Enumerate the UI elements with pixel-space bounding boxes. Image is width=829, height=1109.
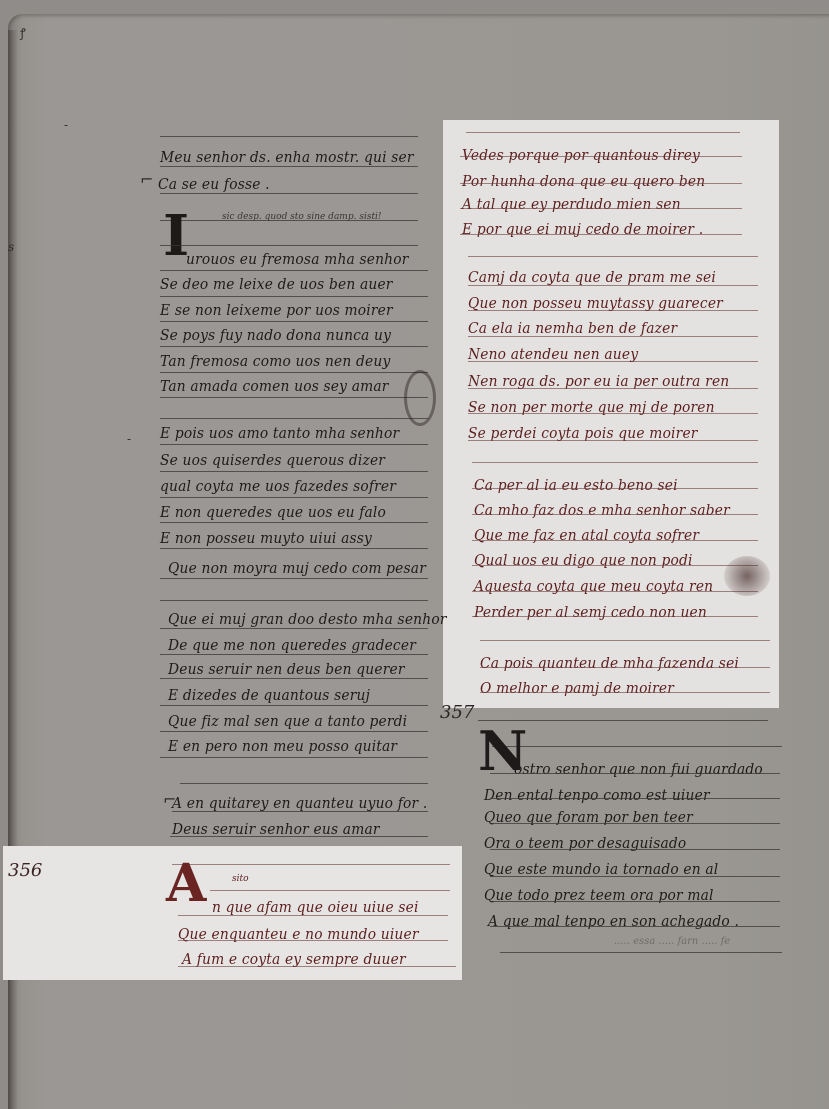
text-line: Que ei muj gran doo desto mha senhor <box>168 610 447 628</box>
text-line: Se uos quiserdes querous dizer <box>160 451 385 469</box>
margin-mark-top-left: ꝭ <box>20 24 26 41</box>
text-line: Ca se eu fosse . <box>158 175 270 193</box>
text-line: De que me non queredes gradecer <box>168 636 416 654</box>
margin-dot: - <box>64 118 68 132</box>
text-line: n que afam que oieu uiue sei <box>212 898 419 916</box>
text-line: Ca per al ia eu esto beno sei <box>474 476 678 494</box>
text-line: E en pero non meu posso quitar <box>168 737 397 755</box>
text-line: Deus seruir nen deus ben querer <box>168 660 405 678</box>
text-line: Tan fremosa como uos nen deuy <box>160 352 390 370</box>
text-line: A que mal tenpo en son achegado . <box>488 912 739 930</box>
text-line: Que non moyra muj cedo com pesar <box>168 559 426 577</box>
text-line: Qual uos eu digo que non podi <box>474 551 693 569</box>
text-line: E por que ei muj cedo de moirer . <box>462 220 703 238</box>
text-line: Tan amada comen uos sey amar <box>160 377 389 395</box>
text-line: A tal que ey perdudo mien sen <box>462 195 681 213</box>
text-line: Meu senhor ds. enha mostr. qui ser <box>160 148 414 166</box>
text-line: Que fiz mal sen que a tanto perdi <box>168 712 407 730</box>
text-line: qual coyta me uos fazedes sofrer <box>160 477 396 495</box>
text-line: E dizedes de quantous seruj <box>168 686 370 704</box>
text-line: E non posseu muyto uiui assy <box>160 529 372 547</box>
text-line: ostro senhor que non fui guardado <box>514 760 763 778</box>
text-line: urouos eu fremosa mha senhor <box>186 250 409 268</box>
text-line: O melhor e pamj de moirer <box>480 679 674 697</box>
text-line: Que me faz en atal coyta sofrer <box>474 526 699 544</box>
text-line: Ca mho faz dos e mha senhor saber <box>474 501 730 519</box>
bracket-mark: ⌐ <box>140 170 153 189</box>
red-decorated-initial: A <box>166 858 206 910</box>
text-line: Perder per al semj cedo non uen <box>474 603 707 621</box>
text-line: Camj da coyta que de pram me sei <box>468 268 716 286</box>
text-line: E non queredes que uos eu falo <box>160 503 386 521</box>
text-line: Por hunha dona que eu quero ben <box>462 172 705 190</box>
text-line: Se deo me leixe de uos ben auer <box>160 275 393 293</box>
margin-mark-left: s <box>8 240 14 254</box>
folio-number-357: 357 <box>440 702 474 723</box>
small-note: sito <box>232 874 249 884</box>
folio-number-356: 356 <box>8 860 42 881</box>
text-line: E pois uos amo tanto mha senhor <box>160 424 399 442</box>
margin-dash: - <box>127 432 131 446</box>
text-line: Vedes porque por quantous direy <box>462 146 700 164</box>
faint-bleed-through-note: ..... essa ..... farn ..... fe <box>614 936 730 947</box>
text-line: A en quitarey en quanteu uyuo for . <box>172 794 427 812</box>
text-line: Ca ela ia nemha ben de fazer <box>468 319 677 337</box>
text-line: Ca pois quanteu de mha fazenda sei <box>480 654 739 672</box>
text-line: Den ental tenpo como est uiuer <box>484 786 710 804</box>
ink-blot <box>724 556 770 596</box>
text-line: Aquesta coyta que meu coyta ren <box>474 577 713 595</box>
text-line: Se poys fuy nado dona nunca uy <box>160 326 391 344</box>
text-line: E se non leixeme por uos moirer <box>160 301 393 319</box>
